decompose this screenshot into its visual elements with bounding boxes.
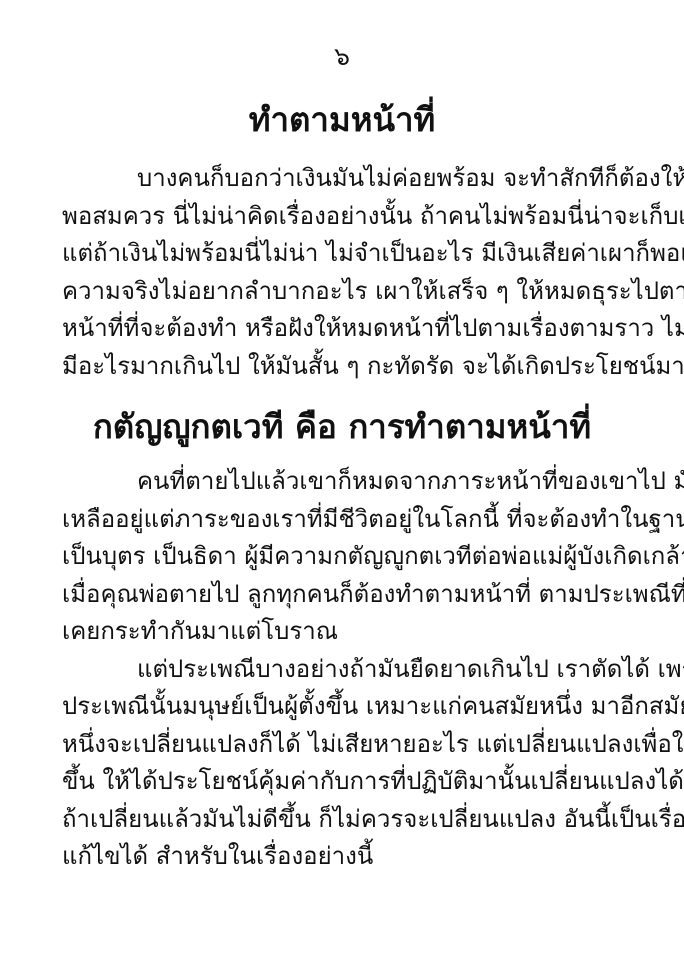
text-line: เหลืออยู่แต่ภาระของเราที่มีชีวิตอยู่ในโล… [62,501,622,539]
text-line: แต่ประเพณีบางอย่างถ้ามันยืดยาดเกินไป เรา… [62,651,622,689]
page-number: ๖ [62,42,622,72]
text-line: คนที่ตายไปแล้วเขาก็หมดจากภาระหน้าที่ของเ… [62,463,622,501]
text-line: แต่ถ้าเงินไม่พร้อมนี่ไม่น่า ไม่จำเป็นอะไ… [62,235,622,273]
text-line: เมื่อคุณพ่อตายไป ลูกทุกคนก็ต้องทำตามหน้า… [62,576,622,614]
paragraph-2: คนที่ตายไปแล้วเขาก็หมดจากภาระหน้าที่ของเ… [62,463,622,651]
text-line: บางคนก็บอกว่าเงินมันไม่ค่อยพร้อม จะทำสัก… [62,160,622,198]
section-heading-do-your-duty: ทำตามหน้าที่ [62,96,622,144]
text-line: เป็นบุตร เป็นธิดา ผู้มีความกตัญญูกตเวทีต… [62,538,622,576]
section-heading-gratitude: กตัญญูกตเวที คือ การทำตามหน้าที่ [62,403,622,451]
text-line: หน้าที่ที่จะต้องทำ หรือฝังให้หมดหน้าที่ไ… [62,310,622,348]
text-line: เคยกระทำกันมาแต่โบราณ [62,613,622,651]
text-line: ขึ้น ให้ได้ประโยชน์คุ้มค่ากับการที่ปฏิบั… [62,763,622,801]
text-line: ความจริงไม่อยากลำบากอะไร เผาให้เสร็จ ๆ ใ… [62,273,622,311]
text-line: หนึ่งจะเปลี่ยนแปลงก็ได้ ไม่เสียหายอะไร แ… [62,726,622,764]
text-line: ประเพณีนั้นมนุษย์เป็นผู้ตั้งขึ้น เหมาะแก… [62,688,622,726]
text-line: แก้ไขได้ สำหรับในเรื่องอย่างนี้ [62,838,622,876]
document-page: ๖ ทำตามหน้าที่ บางคนก็บอกว่าเงินมันไม่ค่… [0,0,684,960]
paragraph-1: บางคนก็บอกว่าเงินมันไม่ค่อยพร้อม จะทำสัก… [62,160,622,385]
text-line: มีอะไรมากเกินไป ให้มันสั้น ๆ กะทัดรัด จะ… [62,348,622,386]
text-line: พอสมควร นี่ไม่น่าคิดเรื่องอย่างนั้น ถ้าค… [62,198,622,236]
paragraph-3: แต่ประเพณีบางอย่างถ้ามันยืดยาดเกินไป เรา… [62,651,622,876]
text-line: ถ้าเปลี่ยนแล้วมันไม่ดีขึ้น ก็ไม่ควรจะเปล… [62,801,622,839]
